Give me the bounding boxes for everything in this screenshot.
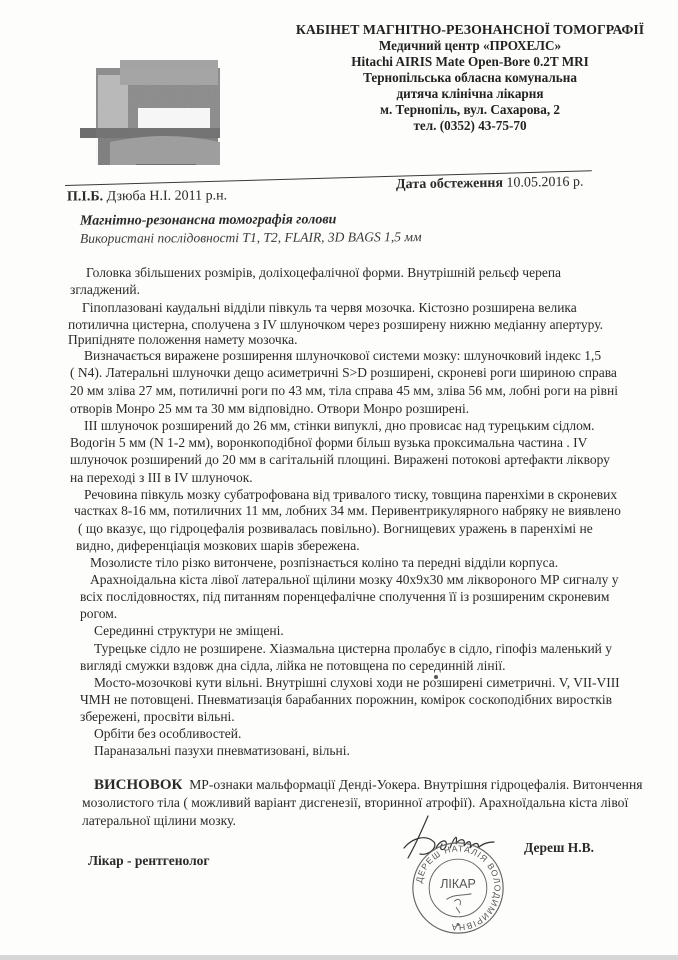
finding-line: потилична цистерна, сполучена з IV шлуно…	[68, 317, 603, 333]
finding-line: ( N4). Латеральні шлуночки дещо асиметри…	[70, 365, 617, 381]
finding-line: Орбіти без особливостей.	[94, 726, 241, 742]
finding-line: вигляді смужки вздовж дна сідла, лійка н…	[80, 658, 506, 674]
patient-info: П.І.Б. Дзюба Н.І. 2011 р.н.	[67, 188, 227, 205]
exam-date: Дата обстеження 10.05.2016 р.	[396, 175, 584, 194]
conclusion-line-3: латеральної щілини мозку.	[82, 812, 672, 830]
hospital-name-line2: дитяча клінічна лікарня	[280, 86, 660, 102]
finding-line: згладжений.	[70, 282, 140, 298]
clinic-address: м. Тернопіль, вул. Сахарова, 2	[280, 102, 660, 118]
finding-line: збережені, просвіти вільні.	[80, 709, 235, 725]
conclusion-continued: мозолистого тіла ( можливий варіант дисг…	[82, 794, 672, 812]
finding-line: шлуночок розширений до 20 мм в сагітальн…	[70, 452, 610, 468]
finding-line: 20 мм зліва 27 мм, потиличні роги по 43 …	[70, 383, 618, 399]
scan-speck	[434, 675, 438, 679]
finding-line: III шлуночок розширений до 26 мм, стінки…	[84, 418, 595, 434]
finding-line: Головка збільшених розмірів, доліхоцефал…	[86, 265, 561, 281]
conclusion-label: ВИСНОВОК	[94, 777, 182, 793]
study-sequences: Використані послідовності T1, T2, FLAIR,…	[80, 229, 422, 247]
finding-line: Мозолисте тіло різко витончене, розпізна…	[90, 555, 558, 571]
equipment-model: Hitachi AIRIS Mate Open-Bore 0.2T MRI	[280, 54, 660, 70]
conclusion-text: МР-ознаки мальформації Денді-Уокера. Вну…	[189, 777, 642, 792]
finding-line: на переході з III в IV шлуночок.	[70, 470, 253, 486]
conclusion-continued: латеральної щілини мозку.	[82, 812, 672, 830]
doctor-name: Дереш Н.В.	[524, 840, 594, 856]
conclusion-block: ВИСНОВОК МР-ознаки мальформації Денді-Уо…	[94, 776, 678, 795]
mri-scanner-photo	[80, 30, 220, 165]
finding-line: Припідняте положення намету мозочка.	[68, 332, 297, 348]
patient-value: Дзюба Н.І. 2011 р.н.	[107, 188, 228, 204]
study-title: Магнітно-резонансна томографія голови	[80, 212, 336, 229]
finding-line: Турецьке сідло не розширене. Хіазмальна …	[94, 641, 612, 657]
stamp-center-text: ЛІКАР	[440, 877, 476, 891]
exam-date-value: 10.05.2016 р.	[506, 175, 583, 191]
finding-line: отворів Монро 25 мм та 30 мм відповідно.…	[70, 401, 469, 417]
finding-line: ЧМН не потовщені. Пневматизація барабанн…	[80, 692, 612, 708]
finding-line: рогом.	[80, 606, 117, 622]
finding-line: частках 8-16 мм, потиличних 11 мм, лобни…	[74, 503, 621, 519]
finding-line: Арахноідальна кіста лівої латеральної щі…	[90, 572, 619, 588]
hospital-name-line1: Тернопільська обласна комунальна	[280, 70, 660, 86]
conclusion-line-2: мозолистого тіла ( можливий варіант дисг…	[82, 794, 672, 812]
scan-bottom-edge	[0, 955, 678, 960]
doctor-role: Лікар - рентгенолог	[88, 853, 210, 869]
finding-line: видно, диференціація мозкових шарів збер…	[76, 538, 360, 554]
clinic-header: КАБІНЕТ МАГНІТНО-РЕЗОНАНСНОЇ ТОМОГРАФІЇ …	[280, 22, 660, 134]
medical-center-name: Медичний центр «ПРОХЕЛС»	[280, 38, 660, 54]
clinic-phone: тел. (0352) 43-75-70	[280, 118, 660, 134]
doctor-stamp-icon: ДЕРЕШ НАТАЛІЯ ВОЛОДИМИРІВНА ЛІКАР	[410, 840, 506, 936]
finding-line: Гіпоплазовані каудальні відділи півкуль …	[82, 300, 577, 316]
clinic-title: КАБІНЕТ МАГНІТНО-РЕЗОНАНСНОЇ ТОМОГРАФІЇ	[280, 22, 660, 38]
finding-line: всіх послідовностях, під питанням поренц…	[80, 589, 609, 605]
finding-line: Визначається виражене розширення шлуночк…	[84, 348, 601, 364]
exam-date-label: Дата обстеження	[396, 176, 503, 192]
patient-label: П.І.Б.	[67, 189, 103, 204]
finding-line: ( що вказує, що гідроцефалія розвивалась…	[78, 521, 593, 537]
finding-line: Водогін 5 мм (N 1-2 мм), воронкоподібної…	[70, 435, 587, 451]
conclusion-line-1: ВИСНОВОК МР-ознаки мальформації Денді-Уо…	[94, 776, 678, 795]
finding-line: Параназальні пазухи пневматизовані, віль…	[94, 743, 350, 759]
finding-line: Мосто-мозочкові кути вільні. Внутрішні с…	[94, 675, 620, 691]
finding-line: Речовина півкуль мозку субатрофована від…	[84, 487, 617, 503]
finding-line: Серединні структури не зміщені.	[94, 623, 284, 639]
